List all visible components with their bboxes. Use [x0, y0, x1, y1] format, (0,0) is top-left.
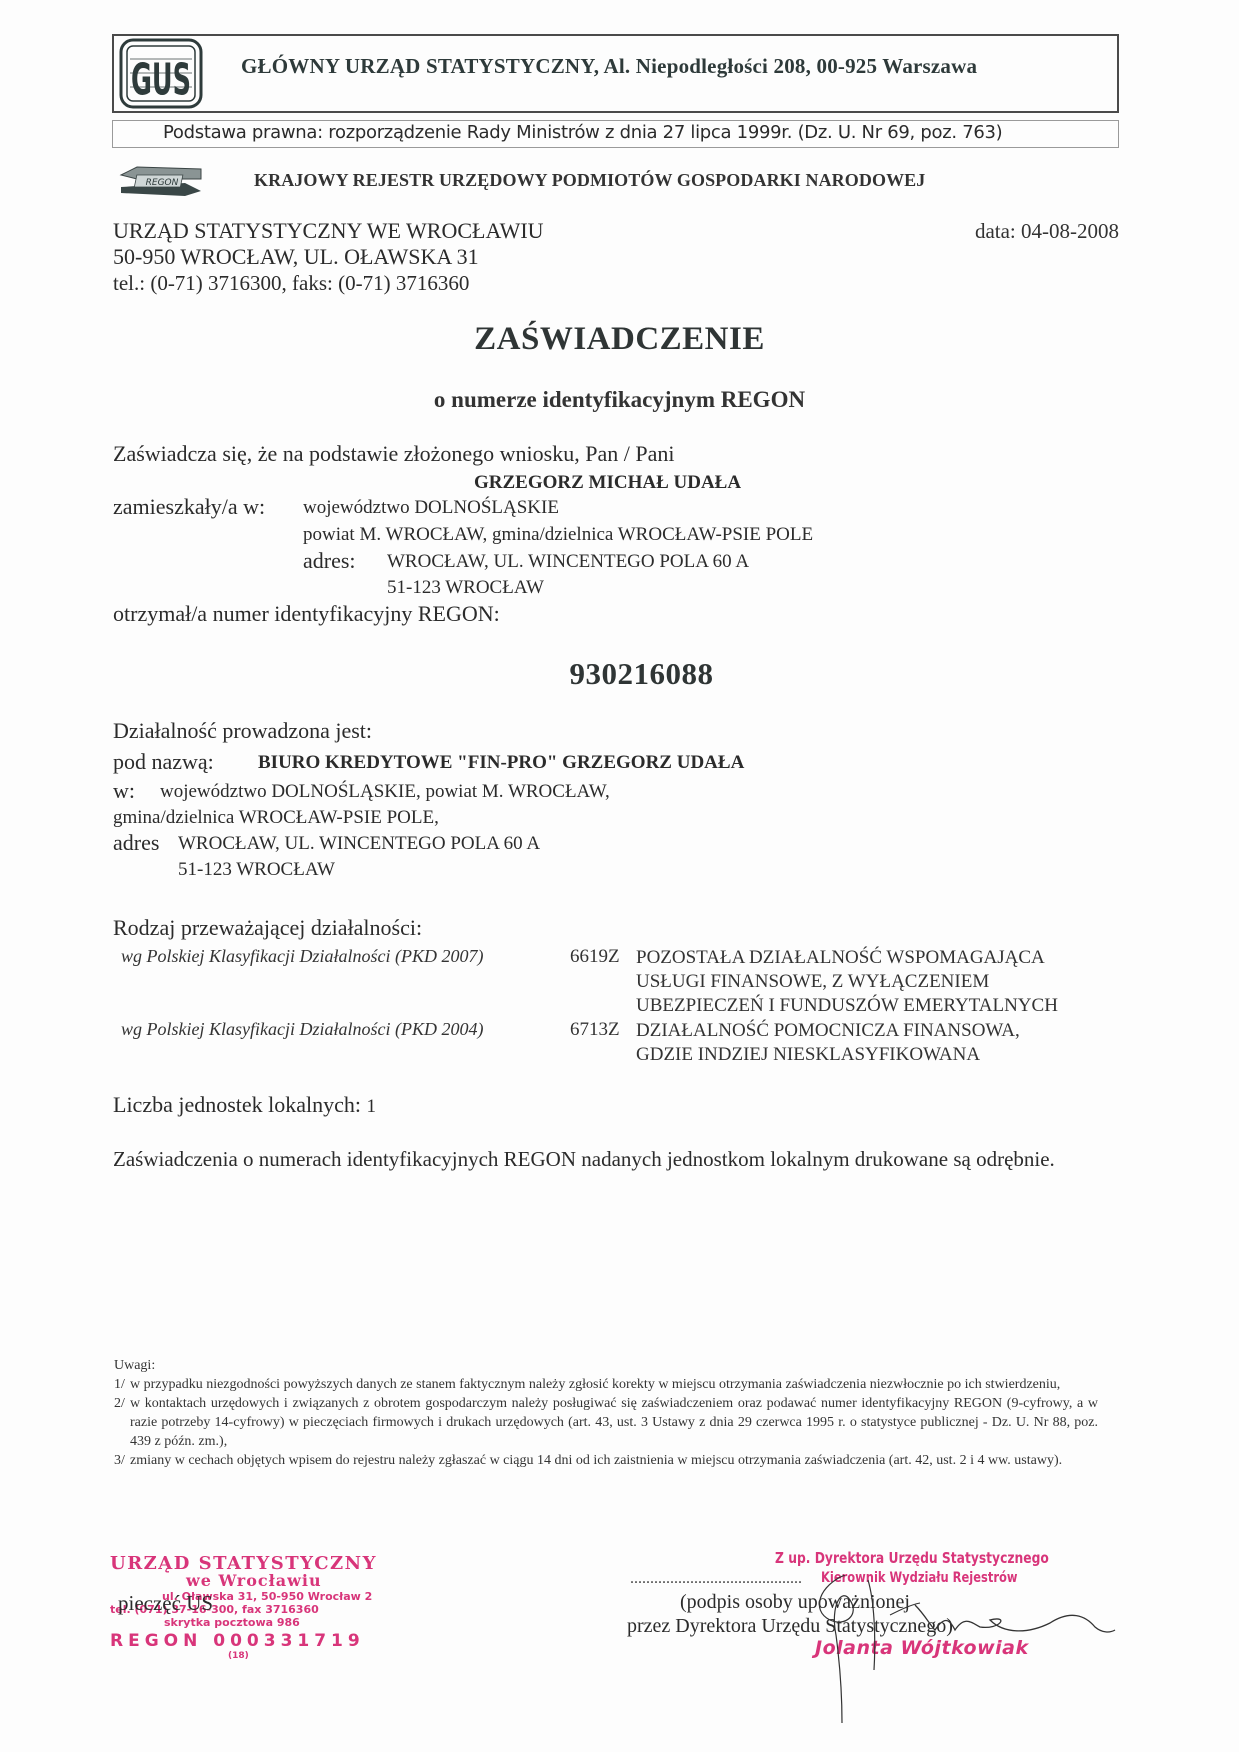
note-text: zmiany w cechach objętych wpisem do reje…	[130, 1451, 1062, 1470]
issuing-office: URZĄD STATYSTYCZNY WE WROCŁAWIU 50-950 W…	[113, 218, 544, 296]
note-number: 2/	[114, 1394, 130, 1451]
business-address-label: adres	[113, 830, 159, 856]
activity-heading: Działalność prowadzona jest:	[113, 718, 372, 744]
signature-stamp-line-1: Z up. Dyrektora Urzędu Statystycznego	[775, 1549, 1049, 1567]
pkd-2007-description-line: UBEZPIECZEŃ I FUNDUSZÓW EMERYTALNYCH	[636, 994, 1058, 1018]
office-contact: tel.: (0-71) 3716300, faks: (0-71) 37163…	[113, 270, 544, 296]
residence-label: zamieszkały/a w:	[113, 494, 265, 520]
business-address-line-2: 51-123 WROCŁAW	[178, 859, 335, 881]
pkd-2004-code: 6713Z	[570, 1019, 620, 1041]
note-item: 3/ zmiany w cechach objętych wpisem do r…	[114, 1451, 1098, 1470]
signature-caption: (podpis osoby upoważnionej przez Dyrekto…	[627, 1590, 953, 1638]
signature-stamp-line-2: Kierownik Wydziału Rejestrów	[821, 1570, 1017, 1586]
signature-line: ........................................…	[630, 1570, 802, 1588]
svg-text:GUS: GUS	[131, 55, 191, 105]
note-text: w kontaktach urzędowych i związanych z o…	[130, 1394, 1098, 1451]
pkd-2007-description-line: POZOSTAŁA DZIAŁALNOŚĆ WSPOMAGAJĄCA	[636, 946, 1058, 970]
address-line-2: 51-123 WROCŁAW	[387, 577, 544, 599]
local-units-value: 1	[367, 1096, 377, 1117]
pkd-2004-description: DZIAŁALNOŚĆ POMOCNICZA FINANSOWA, GDZIE …	[636, 1019, 1020, 1067]
local-units-note: Zaświadczenia o numerach identyfikacyjny…	[113, 1146, 1058, 1173]
address-label: adres:	[303, 548, 356, 574]
stamp-caption: pieczęć US	[118, 1591, 213, 1616]
business-name: BIURO KREDYTOWE "FIN-PRO" GRZEGORZ UDAŁA	[258, 752, 744, 774]
signer-name: Jolanta Wójtkowiak	[815, 1637, 1029, 1659]
location-line-2: gmina/dzielnica WROCŁAW-PSIE POLE,	[113, 807, 439, 829]
business-address-line-1: WROCŁAW, UL. WINCENTEGO POLA 60 A	[178, 833, 540, 855]
header-title: GŁÓWNY URZĄD STATYSTYCZNY, Al. Niepodleg…	[241, 54, 977, 79]
legal-basis: Podstawa prawna: rozporządzenie Rady Min…	[163, 122, 1002, 143]
svg-text:REGON: REGON	[146, 178, 179, 188]
gus-logo-icon: GUS	[118, 37, 204, 110]
note-item: 2/ w kontaktach urzędowych i związanych …	[114, 1394, 1098, 1451]
note-number: 1/	[114, 1375, 130, 1394]
pkd-2004-classification: wg Polskiej Klasyfikacji Działalności (P…	[121, 1019, 483, 1040]
predominant-activity-heading: Rodzaj przeważającej działalności:	[113, 915, 422, 941]
residence-line-2: powiat M. WROCŁAW, gmina/dzielnica WROCŁ…	[303, 524, 813, 546]
address-line-1: WROCŁAW, UL. WINCENTEGO POLA 60 A	[387, 551, 749, 573]
office-name: URZĄD STATYSTYCZNY WE WROCŁAWIU	[113, 218, 544, 244]
pkd-2007-description: POZOSTAŁA DZIAŁALNOŚĆ WSPOMAGAJĄCA USŁUG…	[636, 946, 1058, 1018]
received-label: otrzymał/a numer identyfikacyjny REGON:	[113, 601, 500, 627]
pkd-2004-description-line: GDZIE INDZIEJ NIESKLASYFIKOWANA	[636, 1043, 1020, 1067]
location-label: w:	[113, 778, 135, 804]
pkd-2004-description-line: DZIAŁALNOŚĆ POMOCNICZA FINANSOWA,	[636, 1019, 1020, 1043]
local-units-label: Liczba jednostek lokalnych:	[113, 1092, 361, 1117]
pkd-2007-classification: wg Polskiej Klasyfikacji Działalności (P…	[121, 946, 483, 967]
note-item: 1/ w przypadku niezgodności powyższych d…	[114, 1375, 1098, 1394]
registry-title: KRAJOWY REJESTR URZĘDOWY PODMIOTÓW GOSPO…	[254, 170, 925, 191]
person-name: GRZEGORZ MICHAŁ UDAŁA	[474, 472, 741, 494]
note-text: w przypadku niezgodności powyższych dany…	[130, 1375, 1060, 1394]
stamp-line: skrytka pocztowa 986	[110, 1616, 400, 1629]
stamp-line: (18)	[110, 1651, 400, 1661]
pkd-2007-description-line: USŁUGI FINANSOWE, Z WYŁĄCZENIEM	[636, 970, 1058, 994]
regon-number: 930216088	[0, 656, 1239, 692]
notes-heading: Uwagi:	[114, 1356, 1098, 1375]
signature-caption-line: przez Dyrektora Urzędu Statystycznego)	[627, 1614, 953, 1638]
location-line-1: województwo DOLNOŚLĄSKIE, powiat M. WROC…	[160, 781, 610, 803]
pkd-2007-code: 6619Z	[570, 946, 620, 968]
residence-line-1: województwo DOLNOŚLĄSKIE	[303, 497, 559, 519]
office-address: 50-950 WROCŁAW, UL. OŁAWSKA 31	[113, 244, 544, 270]
date-label: data:	[975, 219, 1016, 243]
date-value: 04-08-2008	[1021, 219, 1119, 243]
business-name-label: pod nazwą:	[113, 749, 214, 775]
note-number: 3/	[114, 1451, 130, 1470]
document-title: ZAŚWIADCZENIE	[0, 321, 1239, 358]
stamp-regon: REGON 000331719	[110, 1631, 400, 1651]
intro-text: Zaświadcza się, że na podstawie złożoneg…	[113, 441, 674, 467]
regon-logo-icon: REGON	[117, 165, 205, 197]
local-units: Liczba jednostek lokalnych: 1	[113, 1092, 376, 1118]
document-subtitle: o numerze identyfikacyjnym REGON	[0, 387, 1239, 413]
issue-date: data: 04-08-2008	[975, 219, 1119, 244]
signature-caption-line: (podpis osoby upoważnionej	[627, 1590, 953, 1614]
notes: Uwagi: 1/ w przypadku niezgodności powyż…	[114, 1356, 1098, 1470]
